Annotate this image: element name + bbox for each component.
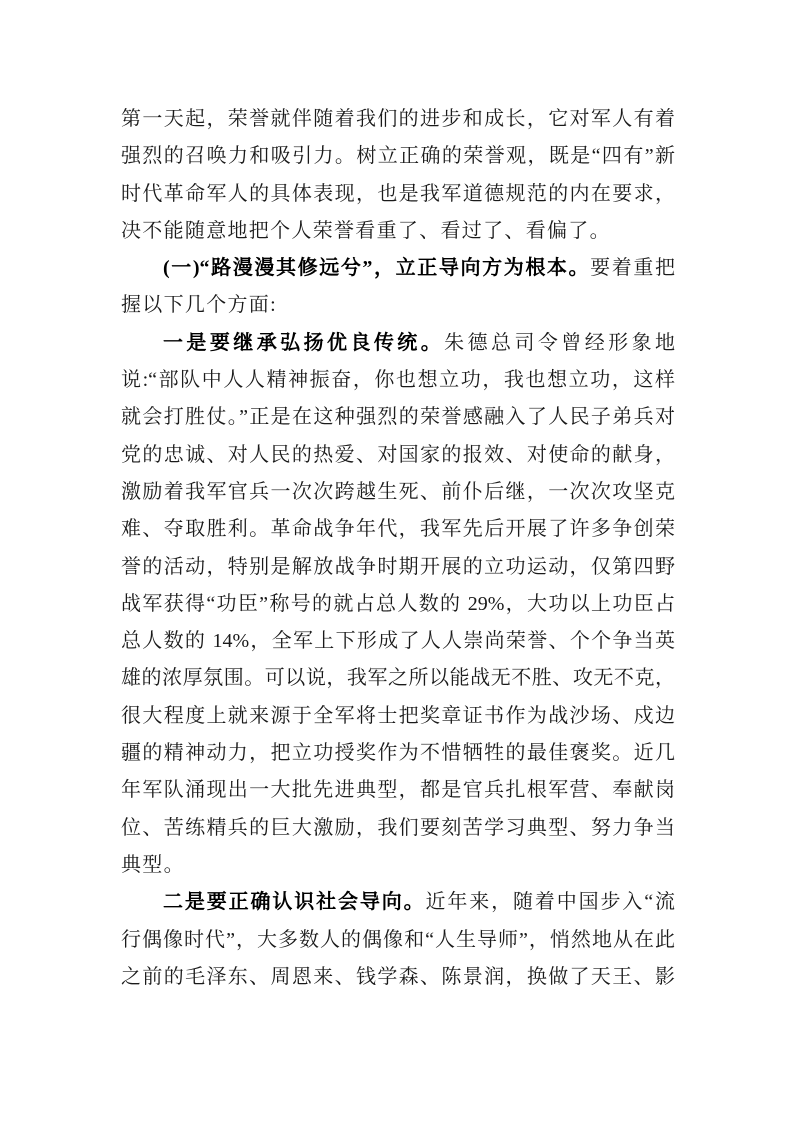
text-line: 年军队涌现出一大批先进典型，都是官兵扎根军营、奉献岗 bbox=[121, 772, 675, 809]
text-line: 之前的毛泽东、周恩来、钱学森、陈景润，换做了天王、影 bbox=[121, 959, 675, 996]
text-segment: 行偶像时代”，大多数人的偶像和“人生导师”，悄然地从在此 bbox=[121, 929, 675, 951]
text-line: 激励着我军官兵一次次跨越生死、前仆后继，一次次攻坚克 bbox=[121, 474, 675, 511]
text-line: 决不能随意地把个人荣誉看重了、看过了、看偏了。 bbox=[121, 213, 675, 250]
text-segment: 第一天起，荣誉就伴随着我们的进步和成长，它对军人有着 bbox=[121, 108, 675, 130]
text-segment: 就会打胜仗。”正是在这种强烈的荣誉感融入了人民子弟兵对 bbox=[121, 406, 675, 428]
text-line: 行偶像时代”，大多数人的偶像和“人生导师”，悄然地从在此 bbox=[121, 922, 675, 959]
text-line: 战军获得“功臣”称号的就占总人数的 29%，大功以上功臣占 bbox=[121, 586, 675, 623]
heading-segment: (一)“路漫漫其修远兮”，立正导向方为根本。 bbox=[163, 257, 590, 279]
text-segment: 激励着我军官兵一次次跨越生死、前仆后继，一次次攻坚克 bbox=[121, 481, 675, 503]
text-line: 就会打胜仗。”正是在这种强烈的荣誉感融入了人民子弟兵对 bbox=[121, 399, 675, 436]
heading-segment: 一是要继承弘扬优良传统。 bbox=[163, 332, 444, 354]
text-block: 第一天起，荣誉就伴随着我们的进步和成长，它对军人有着强烈的召唤力和吸引力。树立正… bbox=[121, 101, 675, 996]
text-segment: 时代革命军人的具体表现，也是我军道德规范的内在要求， bbox=[121, 183, 675, 205]
text-segment: 说:“部队中人人精神振奋，你也想立功，我也想立功，这样 bbox=[121, 369, 675, 391]
text-line: 难、夺取胜利。革命战争年代，我军先后开展了许多争创荣 bbox=[121, 511, 675, 548]
text-segment: 握以下几个方面: bbox=[121, 294, 277, 316]
text-line: 雄的浓厚氛围。可以说，我军之所以能战无不胜、攻无不克， bbox=[121, 660, 675, 697]
text-segment: 位、苦练精兵的巨大激励，我们要刻苦学习典型、努力争当 bbox=[121, 817, 675, 839]
text-line: 握以下几个方面: bbox=[121, 287, 675, 324]
text-line: 强烈的召唤力和吸引力。树立正确的荣誉观，既是“四有”新 bbox=[121, 138, 675, 175]
text-segment: 很大程度上就来源于全军将士把奖章证书作为战沙场、戍边 bbox=[121, 705, 675, 727]
text-segment: 年军队涌现出一大批先进典型，都是官兵扎根军营、奉献岗 bbox=[121, 779, 675, 801]
text-segment: 典型。 bbox=[121, 854, 185, 876]
text-line: 时代革命军人的具体表现，也是我军道德规范的内在要求， bbox=[121, 176, 675, 213]
text-line: 总人数的 14%，全军上下形成了人人崇尚荣誉、个个争当英 bbox=[121, 623, 675, 660]
text-segment: 总人数的 14%，全军上下形成了人人崇尚荣誉、个个争当英 bbox=[121, 630, 675, 652]
document-page: 第一天起，荣誉就伴随着我们的进步和成长，它对军人有着强烈的召唤力和吸引力。树立正… bbox=[0, 0, 793, 1122]
text-line: (一)“路漫漫其修远兮”，立正导向方为根本。要着重把 bbox=[121, 250, 675, 287]
text-line: 位、苦练精兵的巨大激励，我们要刻苦学习典型、努力争当 bbox=[121, 810, 675, 847]
text-segment: 雄的浓厚氛围。可以说，我军之所以能战无不胜、攻无不克， bbox=[121, 667, 675, 689]
text-segment: 疆的精神动力，把立功授奖作为不惜牺牲的最佳褒奖。近几 bbox=[121, 742, 675, 764]
text-segment: 战军获得“功臣”称号的就占总人数的 29%，大功以上功臣占 bbox=[121, 593, 675, 615]
text-segment: 近年来，随着中国步入“流 bbox=[426, 891, 676, 913]
text-segment: 难、夺取胜利。革命战争年代，我军先后开展了许多争创荣 bbox=[121, 518, 675, 540]
text-line: 第一天起，荣誉就伴随着我们的进步和成长，它对军人有着 bbox=[121, 101, 675, 138]
heading-segment: 二是要正确认识社会导向。 bbox=[163, 891, 426, 913]
text-segment: 誉的活动，特别是解放战争时期开展的立功运动，仅第四野 bbox=[121, 556, 675, 578]
text-line: 疆的精神动力，把立功授奖作为不惜牺牲的最佳褒奖。近几 bbox=[121, 735, 675, 772]
text-segment: 朱德总司令曾经形象地 bbox=[444, 332, 675, 354]
text-line: 一是要继承弘扬优良传统。朱德总司令曾经形象地 bbox=[121, 325, 675, 362]
text-segment: 之前的毛泽东、周恩来、钱学森、陈景润，换做了天王、影 bbox=[121, 966, 675, 988]
text-line: 很大程度上就来源于全军将士把奖章证书作为战沙场、戍边 bbox=[121, 698, 675, 735]
text-segment: 决不能随意地把个人荣誉看重了、看过了、看偏了。 bbox=[121, 220, 611, 242]
text-line: 说:“部队中人人精神振奋，你也想立功，我也想立功，这样 bbox=[121, 362, 675, 399]
text-line: 二是要正确认识社会导向。近年来，随着中国步入“流 bbox=[121, 884, 675, 921]
text-line: 誉的活动，特别是解放战争时期开展的立功运动，仅第四野 bbox=[121, 549, 675, 586]
text-segment: 要着重把 bbox=[590, 257, 675, 279]
text-segment: 强烈的召唤力和吸引力。树立正确的荣誉观，既是“四有”新 bbox=[121, 145, 675, 167]
text-line: 典型。 bbox=[121, 847, 675, 884]
text-segment: 党的忠诚、对人民的热爱、对国家的报效、对使命的献身， bbox=[121, 444, 675, 466]
text-line: 党的忠诚、对人民的热爱、对国家的报效、对使命的献身， bbox=[121, 437, 675, 474]
